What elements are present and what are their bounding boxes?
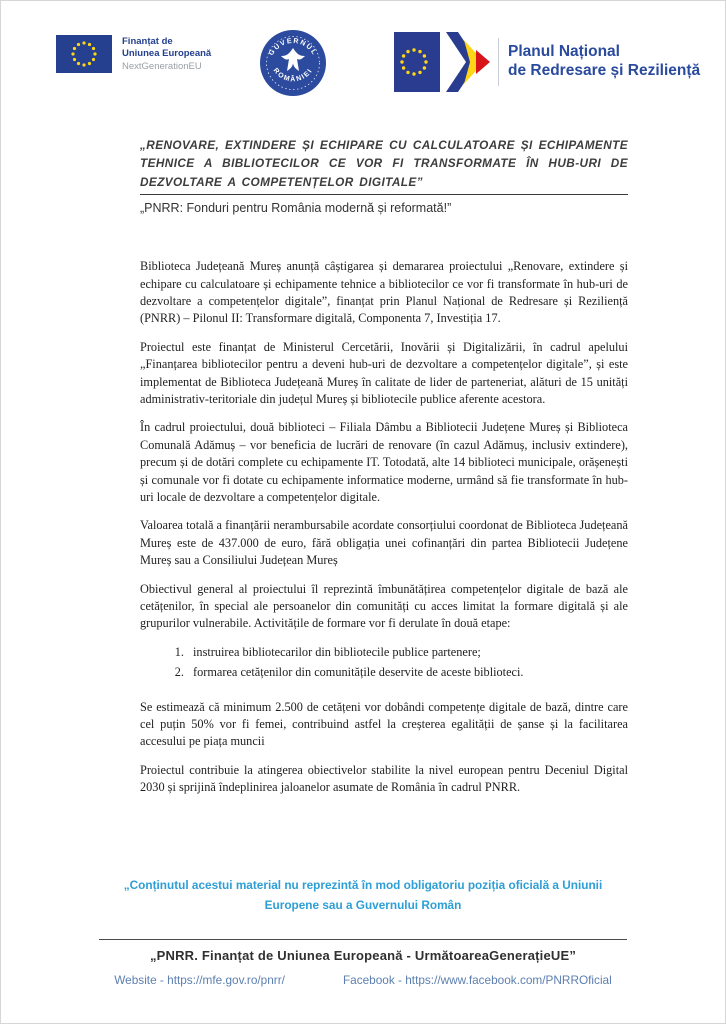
facebook-link[interactable]: Facebook - https://www.facebook.com/PNRR… xyxy=(343,973,612,987)
disclaimer-text: „Conținutul acestui material nu reprezin… xyxy=(97,876,629,915)
pnrr-title-line2: de Redresare și Reziliență xyxy=(508,62,700,81)
paragraph-financing: Proiectul este finanțat de Ministerul Ce… xyxy=(140,339,628,409)
paragraph-announcement: Biblioteca Județeană Mureș anunță câștig… xyxy=(140,258,628,328)
document-subtitle: „PNRR: Fonduri pentru România modernă și… xyxy=(140,200,628,216)
document-title: „RENOVARE, EXTINDERE ȘI ECHIPARE CU CALC… xyxy=(140,136,628,191)
eu-funded-line1: Finanțat de xyxy=(122,36,211,48)
training-stages-list: instruirea bibliotecarilor din bibliotec… xyxy=(140,644,628,682)
government-seal-icon: GUVERNUL ROMÂNIEI xyxy=(259,29,327,97)
footer-links: Website - https://mfe.gov.ro/pnrr/ Faceb… xyxy=(87,973,639,987)
pnrr-logo: Planul Național de Redresare și Rezilien… xyxy=(394,32,700,92)
eu-program-name: NextGenerationEU xyxy=(122,61,211,73)
funding-statement: „PNRR. Finanțat de Uniunea Europeană - U… xyxy=(87,948,639,963)
romanian-government-seal: GUVERNUL ROMÂNIEI xyxy=(259,29,327,102)
logo-divider xyxy=(498,38,499,86)
paragraph-estimate: Se estimează că minimum 2.500 de cetățen… xyxy=(140,699,628,751)
paragraph-libraries: În cadrul proiectului, două biblioteci –… xyxy=(140,419,628,506)
eu-funded-logo: Finanțat de Uniunea Europeană NextGenera… xyxy=(56,35,211,73)
document-content: „RENOVARE, EXTINDERE ȘI ECHIPARE CU CALC… xyxy=(140,136,628,808)
list-item: formarea cetățenilor din comunitățile de… xyxy=(187,664,628,681)
document-footer: „Conținutul acestui material nu reprezin… xyxy=(87,876,639,1023)
list-item: instruirea bibliotecarilor din bibliotec… xyxy=(187,644,628,661)
footer-divider xyxy=(99,939,627,940)
eu-flag-icon xyxy=(56,35,112,73)
document-page: Finanțat de Uniunea Europeană NextGenera… xyxy=(0,0,726,1024)
paragraph-total-value: Valoarea totală a finanțării nerambursab… xyxy=(140,517,628,569)
website-link[interactable]: Website - https://mfe.gov.ro/pnrr/ xyxy=(114,973,285,987)
paragraph-objective: Obiectivul general al proiectului îl rep… xyxy=(140,581,628,633)
paragraph-digital-decade: Proiectul contribuie la atingerea obiect… xyxy=(140,762,628,797)
body-text: Biblioteca Județeană Mureș anunță câștig… xyxy=(140,258,628,797)
eu-funded-line2: Uniunea Europeană xyxy=(122,48,211,60)
pnrr-title-line1: Planul Național xyxy=(508,43,700,62)
title-underline xyxy=(140,194,628,195)
pnrr-flag-icon xyxy=(394,32,494,92)
